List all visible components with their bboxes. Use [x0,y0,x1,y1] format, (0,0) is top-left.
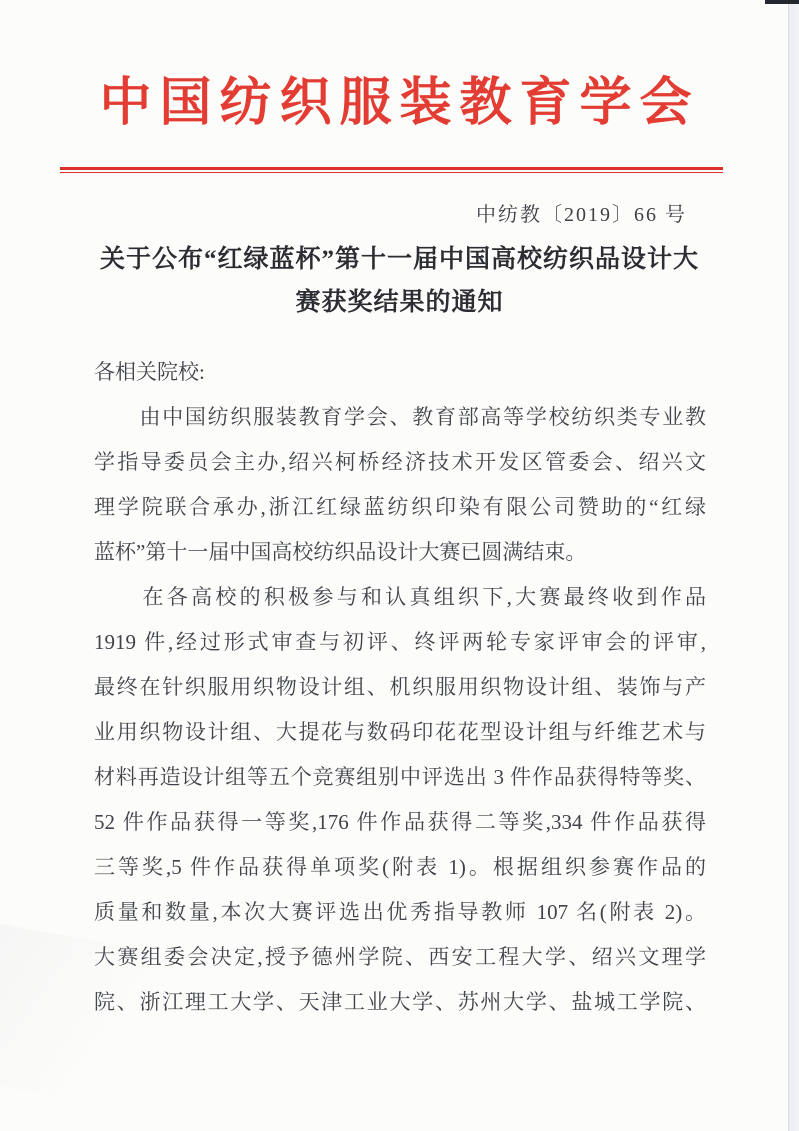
document-title-line1: 关于公布“红绿蓝杯”第十一届中国高校纺织品设计大 [60,238,739,281]
body-line: 由中国纺织服装教育学会、教育部高等学校纺织类专业教 [94,395,706,440]
body-line: 质量和数量,本次大赛评选出优秀指导教师 107 名(附表 2)。 [94,890,706,935]
body-line: 最终在针织服用织物设计组、机织服用织物设计组、装饰与产 [94,665,706,710]
document-body: 各相关院校: 由中国纺织服装教育学会、教育部高等学校纺织类专业教 学指导委员会主… [94,350,706,1025]
salutation: 各相关院校: [94,350,706,395]
body-line: 在各高校的积极参与和认真组织下,大赛最终收到作品 [94,575,706,620]
body-line: 学指导委员会主办,绍兴柯桥经济技术开发区管委会、绍兴文 [94,440,706,485]
scan-edge-shadow [788,0,799,1131]
body-line: 三等奖,5 件作品获得单项奖(附表 1)。根据组织参赛作品的 [94,845,706,890]
document-title: 关于公布“红绿蓝杯”第十一届中国高校纺织品设计大 赛获奖结果的通知 [60,238,739,324]
body-line: 52 件作品获得一等奖,176 件作品获得二等奖,334 件作品获得 [94,800,706,845]
scan-corner-artifact [765,0,799,4]
document-number: 中纺教〔2019〕66 号 [0,202,799,228]
body-line: 1919 件,经过形式审查与初评、终评两轮专家评审会的评审, [94,620,706,665]
letterhead-divider [60,167,723,173]
body-line: 院、浙江理工大学、天津工业大学、苏州大学、盐城工学院、 [94,980,706,1025]
body-line: 蓝杯”第十一届中国高校纺织品设计大赛已圆满结束。 [94,530,706,575]
body-line: 大赛组委会决定,授予德州学院、西安工程大学、绍兴文理学 [94,935,706,980]
letterhead: 中国纺织服装教育学会 [0,76,799,173]
document-title-line2: 赛获奖结果的通知 [60,281,739,324]
body-line: 业用织物设计组、大提花与数码印花花型设计组与纤维艺术与 [94,710,706,755]
scanned-document-page: 中国纺织服装教育学会 中纺教〔2019〕66 号 关于公布“红绿蓝杯”第十一届中… [0,0,799,1131]
organization-name: 中国纺织服装教育学会 [44,76,755,132]
body-line: 理学院联合承办,浙江红绿蓝纺织印染有限公司赞助的“红绿 [94,485,706,530]
body-line: 材料再造设计组等五个竞赛组别中评选出 3 件作品获得特等奖、 [94,755,706,800]
